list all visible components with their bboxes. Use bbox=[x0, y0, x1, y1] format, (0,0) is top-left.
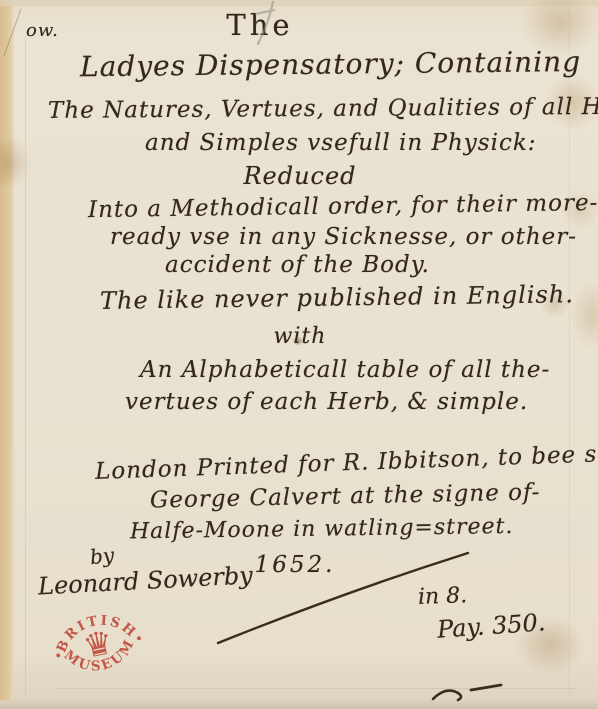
fold-line-vertical bbox=[25, 35, 26, 695]
year-line: 1652. bbox=[245, 552, 345, 578]
format-note: in 8. bbox=[418, 583, 468, 610]
table-line-2: vertues of each Herb, & simple. bbox=[125, 389, 445, 415]
price-note: Pay. 350. bbox=[436, 608, 546, 643]
flourish-squiggle bbox=[433, 691, 461, 700]
claim-line: The like never published in English. bbox=[100, 281, 505, 315]
corner-annotation: ow. bbox=[26, 20, 59, 41]
title-word-the: The bbox=[190, 8, 330, 42]
mount-edge-top bbox=[0, 0, 598, 6]
reduced-line: Reduced bbox=[215, 162, 385, 190]
table-line-1: An Alphabeticall table of all the- bbox=[140, 357, 485, 383]
subtitle-line-2: and Simples vsefull in Physick: bbox=[145, 130, 455, 156]
mount-edge-left bbox=[0, 0, 14, 709]
imprint-line-2: George Calvert at the signe of- bbox=[150, 480, 485, 513]
imprint-line-1: London Printed for R. Ibbitson, to bee s… bbox=[95, 443, 551, 485]
subtitle-line-1: The Natures, Vertues, and Qualities of a… bbox=[48, 94, 573, 124]
stamp-dot-right bbox=[137, 636, 142, 641]
manuscript-title-page: ow. The Ladyes Dispensatory; Containing … bbox=[0, 0, 598, 709]
method-line-3: accident of the Body. bbox=[160, 252, 435, 278]
paper-stain bbox=[570, 280, 598, 350]
mount-edge-bottom bbox=[0, 700, 598, 709]
byline-prefix: by bbox=[89, 543, 115, 569]
stamp-graphic: BRITISH MUSEUM ♛ bbox=[41, 587, 155, 701]
method-line-1: Into a Methodicall order, for their more… bbox=[88, 191, 533, 223]
stamp-dot-left bbox=[56, 653, 61, 658]
british-museum-stamp: BRITISH MUSEUM ♛ bbox=[41, 587, 155, 701]
with-line: with bbox=[240, 324, 360, 349]
title-line-main: Ladyes Dispensatory; Containing bbox=[80, 46, 510, 84]
imprint-line-3: Halfe-Moone in watling=street. bbox=[130, 515, 465, 545]
leaf-edge-bottom bbox=[55, 688, 575, 689]
method-line-2: ready vse in any Sicknesse, or other- bbox=[110, 224, 485, 250]
